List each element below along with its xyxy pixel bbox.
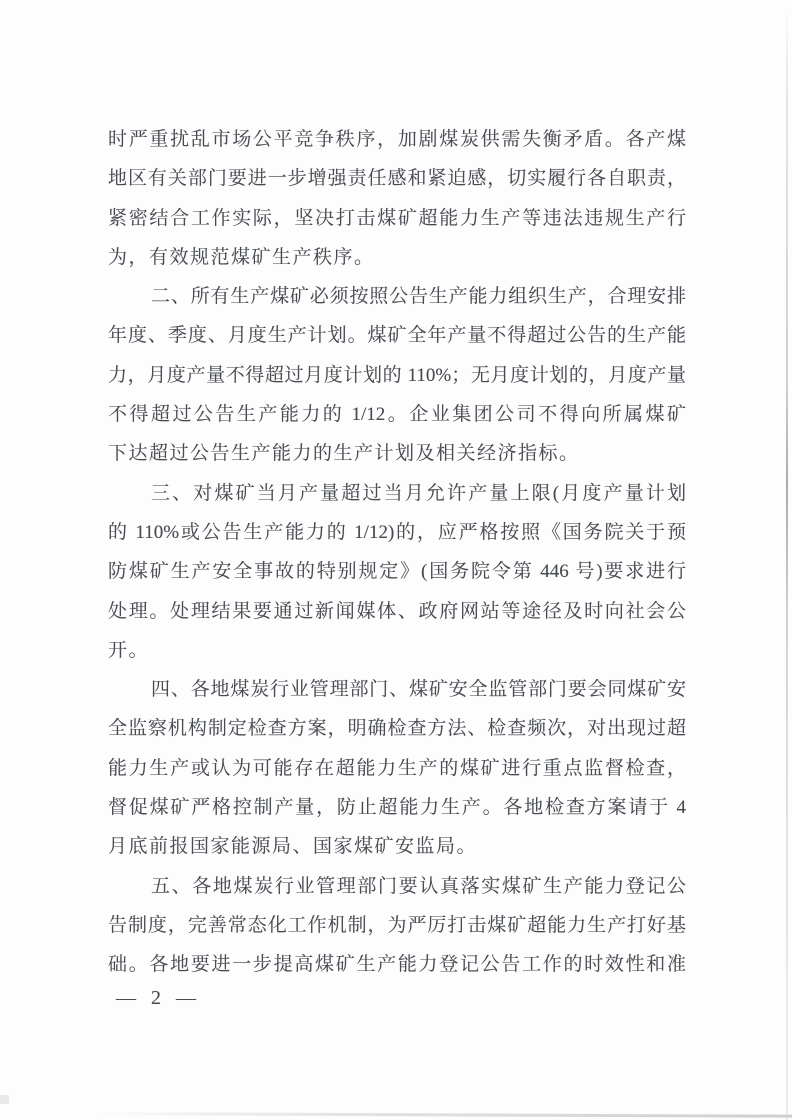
document-line: 全监察机构制定检查方案，明确检查方法、检查频次，对出现过超: [108, 709, 686, 748]
document-line: 督促煤矿严格控制产量，防止超能力生产。各地检查方案请于 4: [108, 788, 686, 827]
document-line: 为，有效规范煤矿生产秩序。: [108, 238, 686, 277]
scanned-page: 时严重扰乱市场公平竞争秩序，加剧煤炭供需失衡矛盾。各产煤地区有关部门要进一步增强…: [0, 0, 792, 1120]
document-line: 年度、季度、月度生产计划。煤矿全年产量不得超过公告的生产能: [108, 316, 686, 355]
document-line: 五、各地煤炭行业管理部门要认真落实煤矿生产能力登记公: [108, 867, 686, 906]
paragraph: 二、所有生产煤矿必须按照公告生产能力组织生产，合理安排年度、季度、月度生产计划。…: [108, 277, 686, 473]
document-line: 处理。处理结果要通过新闻媒体、政府网站等途径及时向社会公: [108, 592, 686, 631]
document-line: 二、所有生产煤矿必须按照公告生产能力组织生产，合理安排: [108, 277, 686, 316]
document-line: 能力生产或认为可能存在超能力生产的煤矿进行重点监督检查，: [108, 749, 686, 788]
document-line: 的 110%或公告生产能力的 1/12)的，应严格按照《国务院关于预: [108, 513, 686, 552]
document-line: 下达超过公告生产能力的生产计划及相关经济指标。: [108, 434, 686, 473]
document-line: 防煤矿生产安全事故的特别规定》(国务院令第 446 号)要求进行: [108, 552, 686, 591]
paragraph: 时严重扰乱市场公平竞争秩序，加剧煤炭供需失衡矛盾。各产煤地区有关部门要进一步增强…: [108, 120, 686, 277]
page-number: — 2 —: [116, 984, 199, 1012]
document-line: 时严重扰乱市场公平竞争秩序，加剧煤炭供需失衡矛盾。各产煤: [108, 120, 686, 159]
paragraph: 五、各地煤炭行业管理部门要认真落实煤矿生产能力登记公告制度，完善常态化工作机制，…: [108, 867, 686, 985]
document-line: 础。各地要进一步提高煤矿生产能力登记公告工作的时效性和准: [108, 945, 686, 984]
document-line: 力，月度产量不得超过月度计划的 110%；无月度计划的，月度产量: [108, 356, 686, 395]
paragraph: 三、对煤矿当月产量超过当月允许产量上限(月度产量计划的 110%或公告生产能力的…: [108, 474, 686, 670]
document-line: 地区有关部门要进一步增强责任感和紧迫感，切实履行各自职责，: [108, 159, 686, 198]
document-line: 不得超过公告生产能力的 1/12。企业集团公司不得向所属煤矿: [108, 395, 686, 434]
page-right-edge-artifact: [786, 6, 788, 1120]
page-bottom-edge-artifact: [95, 1112, 792, 1118]
document-line: 三、对煤矿当月产量超过当月允许产量上限(月度产量计划: [108, 474, 686, 513]
paragraph: 四、各地煤炭行业管理部门、煤矿安全监管部门要会同煤矿安全监察机构制定检查方案，明…: [108, 670, 686, 866]
document-line: 四、各地煤炭行业管理部门、煤矿安全监管部门要会同煤矿安: [108, 670, 686, 709]
document-line: 告制度，完善常态化工作机制，为严厉打击煤矿超能力生产打好基: [108, 906, 686, 945]
document-line: 月底前报国家能源局、国家煤矿安监局。: [108, 827, 686, 866]
document-line: 紧密结合工作实际，坚决打击煤矿超能力生产等违法违规生产行: [108, 199, 686, 238]
scan-smudge-artifact: [0, 1095, 9, 1104]
document-line: 开。: [108, 631, 686, 670]
document-body: 时严重扰乱市场公平竞争秩序，加剧煤炭供需失衡矛盾。各产煤地区有关部门要进一步增强…: [108, 120, 686, 985]
